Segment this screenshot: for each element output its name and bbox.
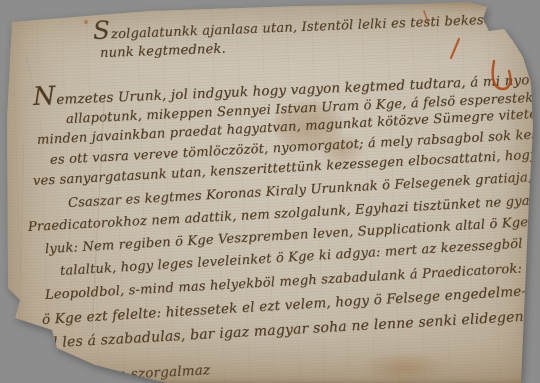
manuscript-text: Szolgalatunkk ajanlasa utan, Istentöl le… bbox=[0, 0, 540, 383]
manuscript-line: faggatom szorgalmaz bbox=[60, 362, 211, 383]
manuscript-line: nunk kegtmednek. bbox=[100, 42, 226, 61]
scan-background: Szolgalatunkk ajanlasa utan, Istentöl le… bbox=[0, 0, 540, 383]
paper-shadow-wrap: Szolgalatunkk ajanlasa utan, Istentöl le… bbox=[0, 0, 540, 383]
manuscript-line: Szolgalatunkk ajanlasa utan, Istentöl le… bbox=[93, 4, 540, 43]
manuscript-paper: Szolgalatunkk ajanlasa utan, Istentöl le… bbox=[0, 0, 540, 383]
